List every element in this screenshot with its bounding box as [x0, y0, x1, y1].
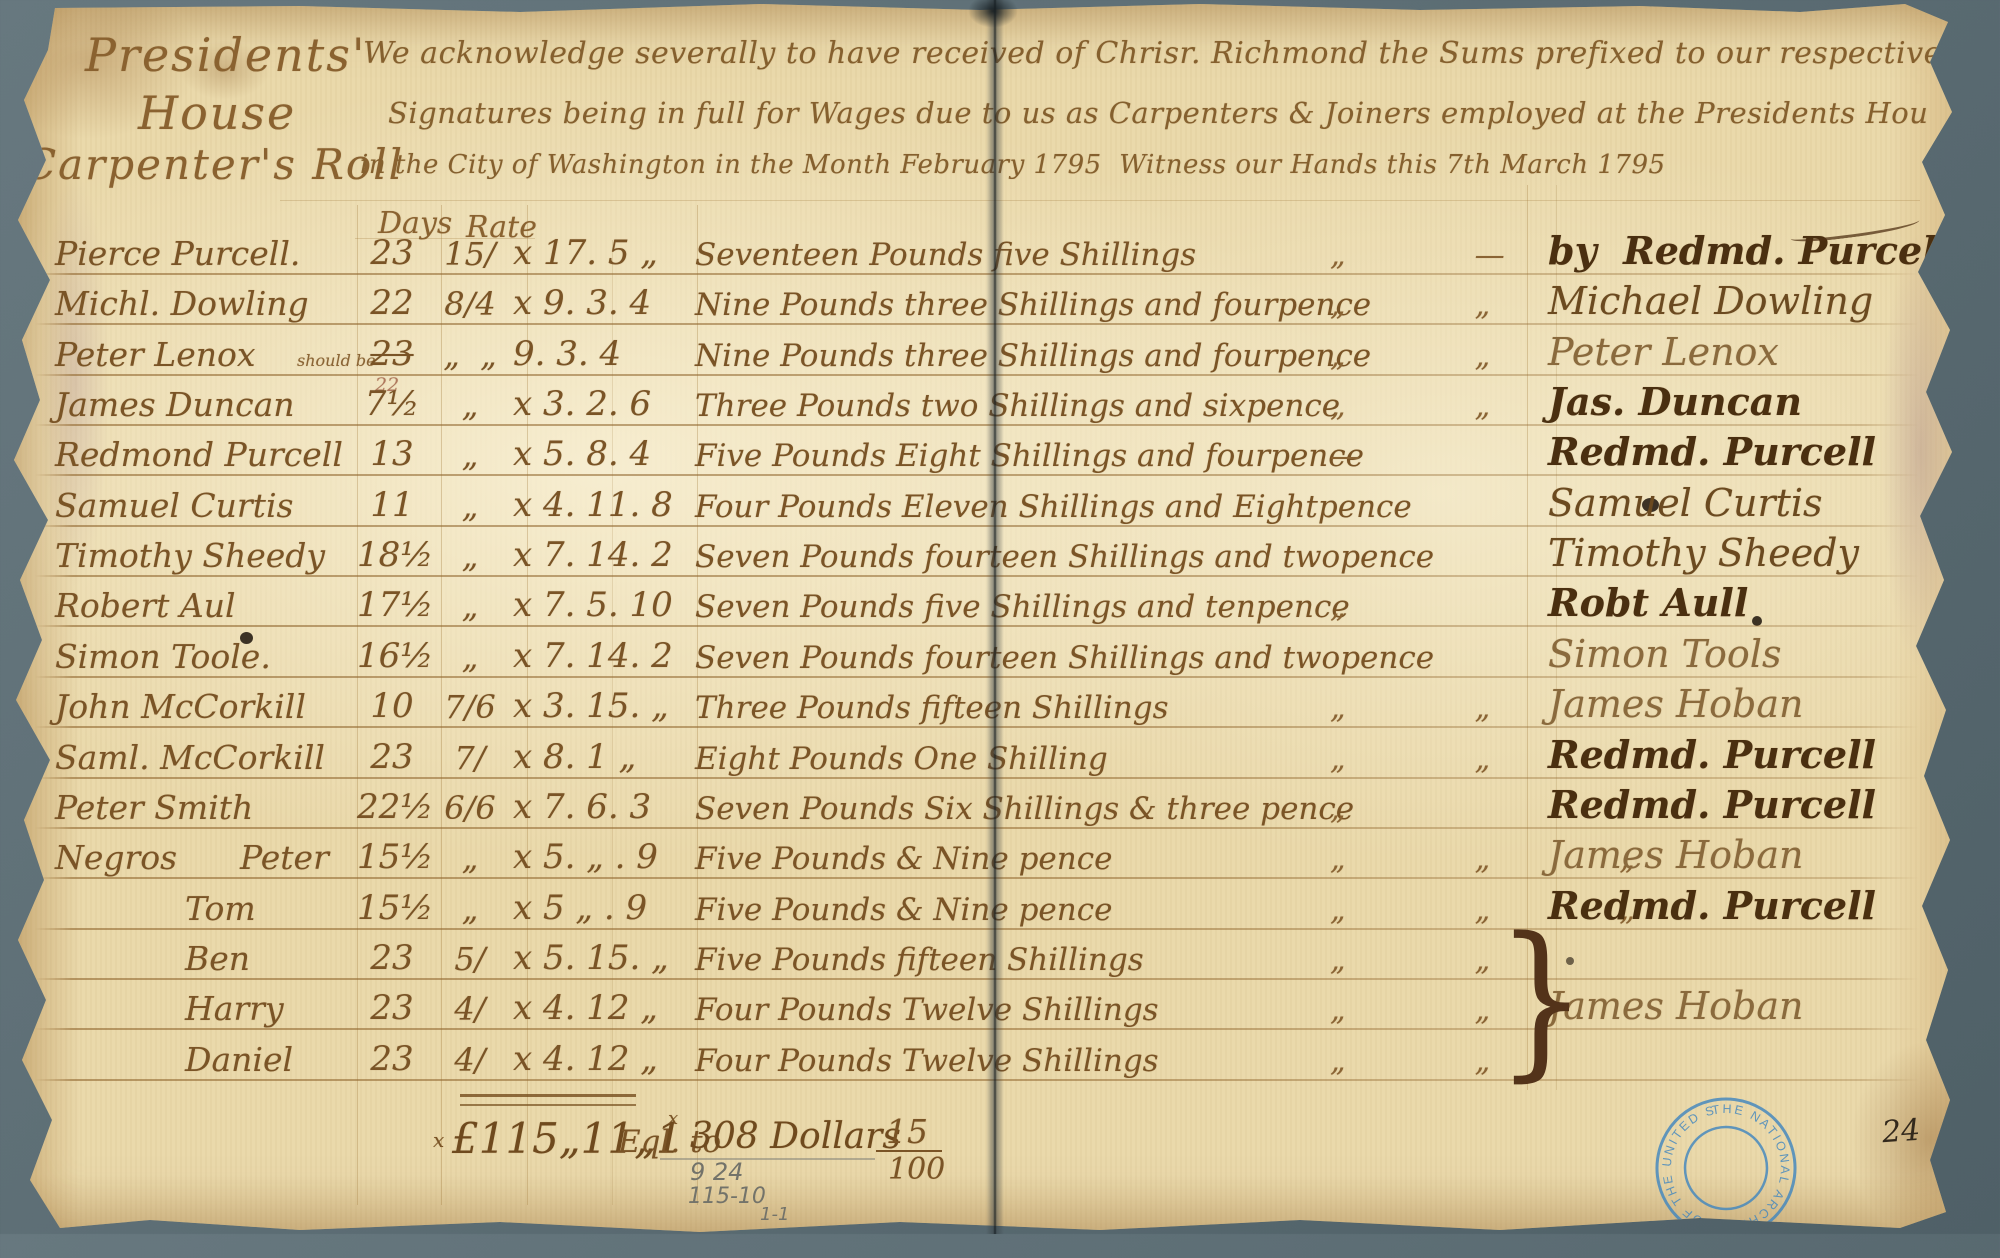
amount-written: Eight Pounds One Shilling — [695, 741, 1108, 777]
amount-written: Seventeen Pounds five Shillings — [695, 237, 1196, 273]
ditto-marks: „ — — [1330, 238, 1505, 273]
amount-lsd: x 4. 12 „ — [513, 988, 658, 1028]
rate-value: „ — [430, 839, 510, 877]
preamble-line: Signatures being in full for Wages due t… — [388, 96, 1928, 130]
days-value: 13 — [357, 434, 427, 474]
rate-value: 15/ — [430, 235, 510, 273]
ditto-marks: „ „ — [1330, 339, 1490, 374]
check-mark: x — [668, 1108, 678, 1129]
ditto-marks: „ „ — [1330, 691, 1490, 726]
signature: Robt Aull — [1548, 580, 1748, 625]
days-value: 10 — [357, 686, 427, 726]
worker-name: Samuel Curtis — [55, 486, 293, 525]
amount-lsd: x 5 „ . 9 — [513, 888, 647, 928]
signature: Redmd. Purcell — [1548, 782, 1876, 827]
signature: Simon Tools — [1548, 632, 1781, 676]
rate-value: 5/ — [430, 940, 510, 978]
amount-written: Four Pounds Eleven Shillings and Eightpe… — [695, 489, 1412, 525]
rate-value: „ — [430, 436, 510, 474]
worker-name: Harry — [185, 989, 284, 1028]
amount-written: Five Pounds fifteen Shillings — [695, 942, 1144, 978]
days-value: 22 — [357, 283, 427, 323]
rate-value: 7/ — [430, 739, 510, 777]
days-value: 23 — [357, 988, 427, 1028]
signature: James Hoban — [1548, 833, 1803, 877]
amount-lsd: x 8. 1 „ — [513, 737, 636, 777]
ditto-marks: „ „ — [1330, 742, 1490, 777]
rate-value: „ — [430, 537, 510, 575]
table-row: Robert Aul 17½ „ x 7. 5. 10 Seven Pounds… — [35, 579, 1925, 627]
amount-lsd: 9. 3. 4 — [513, 334, 621, 374]
table-row: Michl. Dowling 22 8/4 x 9. 3. 4 Nine Pou… — [35, 277, 1925, 325]
table-row: Timothy Sheedy 18½ „ x 7. 14. 2 Seven Po… — [35, 529, 1925, 577]
amount-lsd: x 17. 5 „ — [513, 233, 658, 273]
amount-lsd: x 5. „ . 9 — [513, 837, 658, 877]
table-row: Samuel Curtis 11 „ x 4. 11. 8 Four Pound… — [35, 479, 1925, 527]
signature: by Redmd. Purcell — [1548, 228, 1951, 273]
signature: Redmd. Purcell — [1548, 429, 1876, 474]
ditto-marks: „ — [1330, 590, 1346, 625]
amount-written: Five Pounds Eight Shillings and fourpenc… — [695, 438, 1364, 474]
worker-name: Pierce Purcell. — [55, 234, 300, 273]
ditto-marks: „ „ — [1330, 389, 1490, 424]
rate-value: „ — [430, 386, 510, 424]
amount-written: Seven Pounds fourteen Shillings and twop… — [695, 640, 1434, 676]
amount-written: Nine Pounds three Shillings and fourpenc… — [695, 338, 1371, 374]
worker-name: Ben — [185, 939, 250, 978]
days-value: 23 — [357, 233, 427, 273]
document-photo: Presidents' House Carpenter's Roll We ac… — [0, 0, 2000, 1234]
days-value: 15½ — [357, 837, 427, 877]
rate-value: „ „ — [430, 336, 510, 374]
days-value: 11 — [357, 485, 427, 525]
pencil-note: 1-1 — [760, 1204, 789, 1225]
total-fraction-numerator: 15 — [886, 1112, 928, 1151]
amount-lsd: x 7. 14. 2 — [513, 535, 673, 575]
amount-written: Seven Pounds fourteen Shillings and twop… — [695, 539, 1434, 575]
ditto-marks: — — [1330, 439, 1360, 474]
total-dollars: 308 Dollars — [690, 1116, 901, 1157]
rate-value: „ — [430, 890, 510, 928]
table-row: John McCorkill 10 7/6 x 3. 15. „ Three P… — [35, 680, 1925, 728]
amount-lsd: x 7. 6. 3 — [513, 787, 651, 827]
table-row: Harry 23 4/ x 4. 12 „ Four Pounds Twelve… — [35, 982, 1925, 1030]
table-row: Saml. McCorkill 23 7/ x 8. 1 „ Eight Pou… — [35, 731, 1925, 779]
ditto-marks: „ „ — [1330, 1044, 1490, 1079]
ditto-marks: „ — [1330, 792, 1346, 827]
preamble-line: We acknowledge severally to have receive… — [363, 36, 1942, 71]
rate-value: „ — [430, 587, 510, 625]
page-number: 24 — [1881, 1113, 1922, 1151]
manuscript-paper: Presidents' House Carpenter's Roll We ac… — [0, 0, 2000, 1234]
amount-written: Seven Pounds Six Shillings & three pence — [695, 791, 1354, 827]
table-row: Peter Smith 22½ 6/6 x 7. 6. 3 Seven Poun… — [35, 781, 1925, 829]
document-title-line: Carpenter's Roll — [24, 140, 404, 189]
amount-lsd: x 3. 2. 6 — [513, 384, 651, 424]
amount-written: Three Pounds fifteen Shillings — [695, 690, 1169, 726]
table-row: Peter Lenox should be 23 22 „ „ 9. 3. 4 … — [35, 328, 1925, 376]
document-title-line: House — [138, 86, 296, 140]
table-row: Ben 23 5/ x 5. 15. „ Five Pounds fifteen… — [35, 932, 1925, 980]
table-row: Negros Peter 15½ „ x 5. „ . 9 Five Pound… — [35, 831, 1925, 879]
amount-written: Three Pounds two Shillings and sixpence — [695, 388, 1340, 424]
ditto-marks: „ „ — [1330, 288, 1490, 323]
worker-name: Peter Smith — [55, 788, 253, 827]
amount-written: Four Pounds Twelve Shillings — [695, 1043, 1159, 1079]
signature: James Hoban — [1548, 682, 1803, 726]
ruled-line — [280, 200, 1920, 201]
days-value: 23 — [357, 938, 427, 978]
signature: Peter Lenox — [1548, 330, 1779, 374]
table-row: Pierce Purcell. 23 15/ x 17. 5 „ Sevente… — [35, 227, 1925, 275]
days-value: 16½ — [357, 636, 427, 676]
table-row: Redmond Purcell 13 „ x 5. 8. 4 Five Poun… — [35, 428, 1925, 476]
ditto-marks: „ „ — [1330, 943, 1490, 978]
amount-written: Seven Pounds five Shillings and tenpence — [695, 589, 1350, 625]
days-value: 17½ — [357, 585, 427, 625]
signature: Redmd. Purcell — [1548, 883, 1876, 928]
rate-value: „ — [430, 487, 510, 525]
amount-lsd: x 7. 14. 2 — [513, 636, 673, 676]
preamble-line: in the City of Washington in the Month F… — [360, 150, 1666, 180]
rate-value: 4/ — [430, 1041, 510, 1079]
amount-lsd: x 9. 3. 4 — [513, 283, 651, 323]
signature: Jas. Duncan — [1548, 379, 1802, 424]
pencil-note: 9 24 — [690, 1158, 743, 1186]
rate-value: 7/6 — [430, 688, 510, 726]
days-value: 23 — [357, 334, 427, 374]
worker-name: Tom — [185, 889, 256, 928]
table-row: Tom 15½ „ x 5 „ . 9 Five Pounds & Nine p… — [35, 882, 1925, 930]
group-brace: } — [1496, 912, 1587, 1087]
worker-name: Negros Peter — [55, 838, 329, 877]
days-value: 23 — [357, 1039, 427, 1079]
rate-value: 6/6 — [430, 789, 510, 827]
worker-name: Redmond Purcell — [55, 435, 343, 474]
table-row: James Duncan 7½ „ x 3. 2. 6 Three Pounds… — [35, 378, 1925, 426]
worker-name: Peter Lenox — [55, 335, 255, 374]
worker-name: Michl. Dowling — [55, 284, 309, 323]
amount-lsd: x 4. 12 „ — [513, 1039, 658, 1079]
amount-written: Nine Pounds three Shillings and fourpenc… — [695, 287, 1371, 323]
worker-name: Simon Toole. — [55, 637, 271, 676]
days-value: 22½ — [357, 787, 427, 827]
total-double-rule — [460, 1094, 636, 1106]
total-fraction-denominator: 100 — [888, 1152, 945, 1187]
amount-written: Five Pounds & Nine pence — [695, 841, 1112, 877]
document-title-line: Presidents' — [85, 28, 367, 82]
worker-name: Saml. McCorkill — [55, 738, 325, 777]
amount-lsd: x 5. 15. „ — [513, 938, 669, 978]
signature: Samuel Curtis — [1548, 481, 1823, 525]
worker-name: Timothy Sheedy — [55, 536, 325, 575]
rate-value: 4/ — [430, 990, 510, 1028]
days-value: 15½ — [357, 888, 427, 928]
worker-name: John McCorkill — [55, 687, 306, 726]
worker-name: Robert Aul — [55, 586, 236, 625]
rate-value: 8/4 — [430, 285, 510, 323]
days-value: 18½ — [357, 535, 427, 575]
signature: Michael Dowling — [1548, 279, 1873, 323]
days-value: 23 — [357, 737, 427, 777]
worker-name: Daniel — [185, 1040, 293, 1079]
signature: Timothy Sheedy — [1548, 531, 1859, 575]
worker-name: James Duncan — [55, 385, 295, 424]
amount-lsd: x 4. 11. 8 — [513, 485, 673, 525]
amount-lsd: x 5. 8. 4 — [513, 434, 651, 474]
amount-lsd: x 3. 15. „ — [513, 686, 669, 726]
amount-lsd: x 7. 5. 10 — [513, 585, 673, 625]
table-row: Daniel 23 4/ x 4. 12 „ Four Pounds Twelv… — [35, 1033, 1925, 1081]
days-value: 7½ — [357, 384, 427, 424]
pencil-note: 115-10 — [688, 1184, 766, 1209]
ditto-marks: „ „ — [1330, 993, 1490, 1028]
archives-stamp: THE NATIONAL ARCHIVES OF THE UNITED STAT… — [1636, 1078, 1815, 1234]
table-row: Simon Toole. 16½ „ x 7. 14. 2 Seven Poun… — [35, 630, 1925, 678]
signature: Redmd. Purcell — [1548, 732, 1876, 777]
rate-value: „ — [430, 638, 510, 676]
amount-written: Four Pounds Twelve Shillings — [695, 992, 1159, 1028]
amount-written: Five Pounds & Nine pence — [695, 892, 1112, 928]
check-mark: x — [433, 1128, 444, 1152]
